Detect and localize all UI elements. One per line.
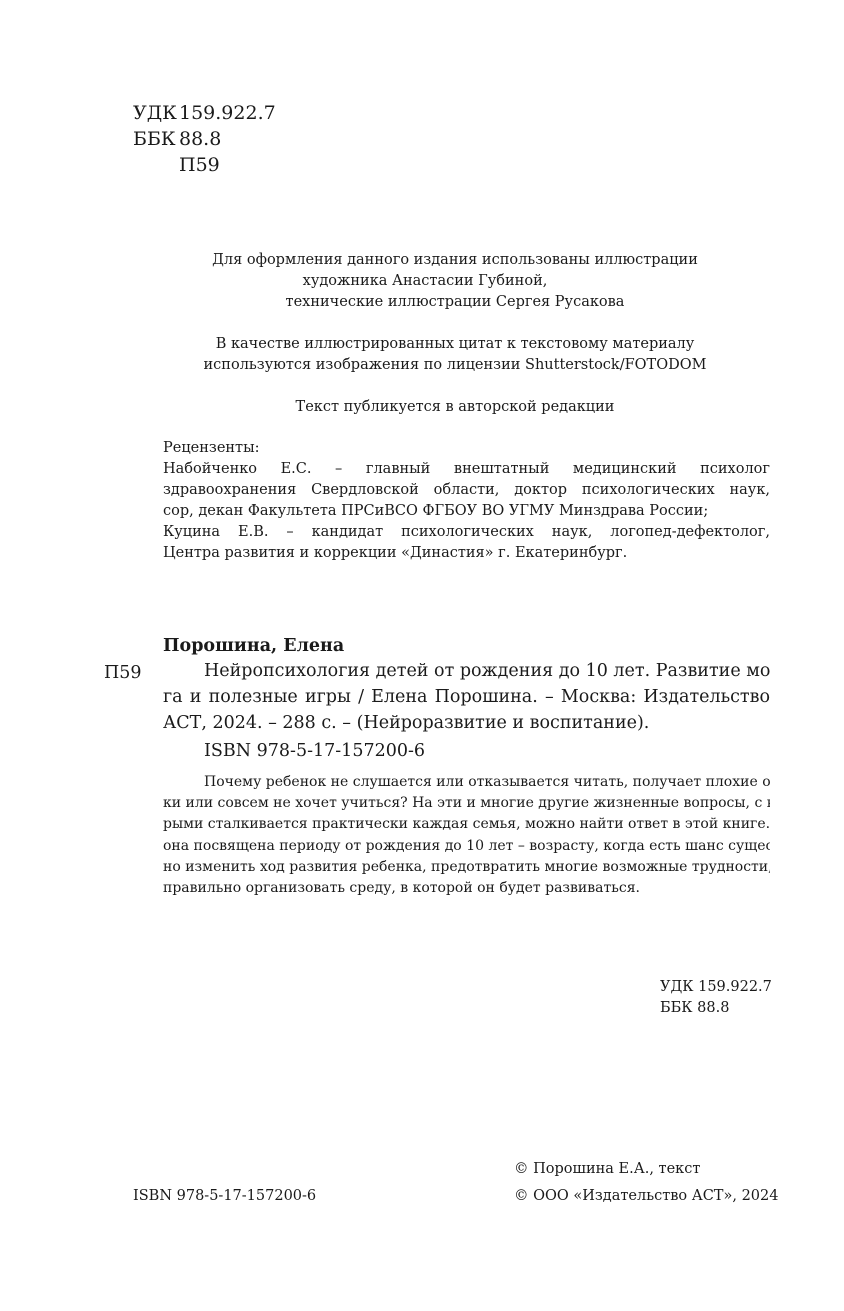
annotation-line: она посвящена периоду от рождения до 10 … [163, 836, 770, 857]
reviewers-title: Рецензенты: [163, 438, 770, 459]
annotation-line: ки или совсем не хочет учиться? На эти и… [163, 793, 770, 814]
record-line: га и полезные игры / Елена Порошина. – М… [163, 684, 770, 710]
copyright-author: © Порошина Е.А., текст [514, 1158, 700, 1180]
reviewer-line: сор, декан Факультета ПРСиВСО ФГБОУ ВО У… [163, 501, 770, 522]
credit-line: технические иллюстрации Сергея Русакова [160, 292, 750, 313]
credit-line: В качестве иллюстрированных цитат к текс… [160, 334, 750, 355]
record-description: Нейропсихология детей от рождения до 10 … [163, 658, 770, 736]
bbk-classification: ББК88.8 [133, 125, 221, 153]
annotation-line: рыми сталкивается практически каждая сем… [163, 814, 770, 835]
bottom-udk: УДК 159.922.7 [660, 976, 772, 998]
credit-line: художника Анастасии Губиной, [160, 271, 750, 292]
record-isbn: ISBN 978-5-17-157200-6 [204, 741, 425, 761]
record-line: Нейропсихология детей от рождения до 10 … [163, 658, 770, 684]
annotation-line: но изменить ход развития ребенка, предот… [163, 857, 770, 878]
credit-line: Для оформления данного издания использов… [160, 250, 750, 271]
reviewers-block: Рецензенты: Набойченко Е.С. – главный вн… [163, 438, 770, 564]
quote-credits: В качестве иллюстрированных цитат к текс… [160, 334, 750, 376]
annotation-line: правильно организовать среду, в которой … [163, 878, 770, 899]
footer-isbn: ISBN 978-5-17-157200-6 [133, 1185, 316, 1207]
udk-value: 159.922.7 [179, 102, 276, 124]
record-line: АСТ, 2024. – 288 с. – (Нейроразвитие и в… [163, 710, 770, 736]
author-sign: П59 [179, 151, 220, 179]
reviewer-line: Набойченко Е.С. – главный внештатный мед… [163, 459, 770, 480]
illustration-credits: Для оформления данного издания использов… [160, 250, 750, 313]
edition-note: Текст публикуется в авторской редакции [160, 397, 750, 418]
udk-classification: УДК159.922.7 [133, 99, 276, 127]
copyright-publisher: © ООО «Издательство АСТ», 2024 [514, 1185, 778, 1207]
bbk-label: ББК [133, 125, 179, 153]
bottom-bbk: ББК 88.8 [660, 997, 729, 1019]
annotation-line: Почему ребенок не слушается или отказыва… [163, 772, 770, 793]
bbk-value: 88.8 [179, 128, 221, 150]
udk-label: УДК [133, 99, 179, 127]
record-author: Порошина, Елена [163, 636, 344, 656]
reviewer-line: здравоохранения Свердловской области, до… [163, 480, 770, 501]
reviewer-line: Центра развития и коррекции «Династия» г… [163, 543, 770, 564]
record-cipher: П59 [104, 660, 142, 686]
credit-line: используются изображения по лицензии Shu… [160, 355, 750, 376]
annotation: Почему ребенок не слушается или отказыва… [163, 772, 770, 899]
reviewer-line: Куцина Е.В. – кандидат психологических н… [163, 522, 770, 543]
